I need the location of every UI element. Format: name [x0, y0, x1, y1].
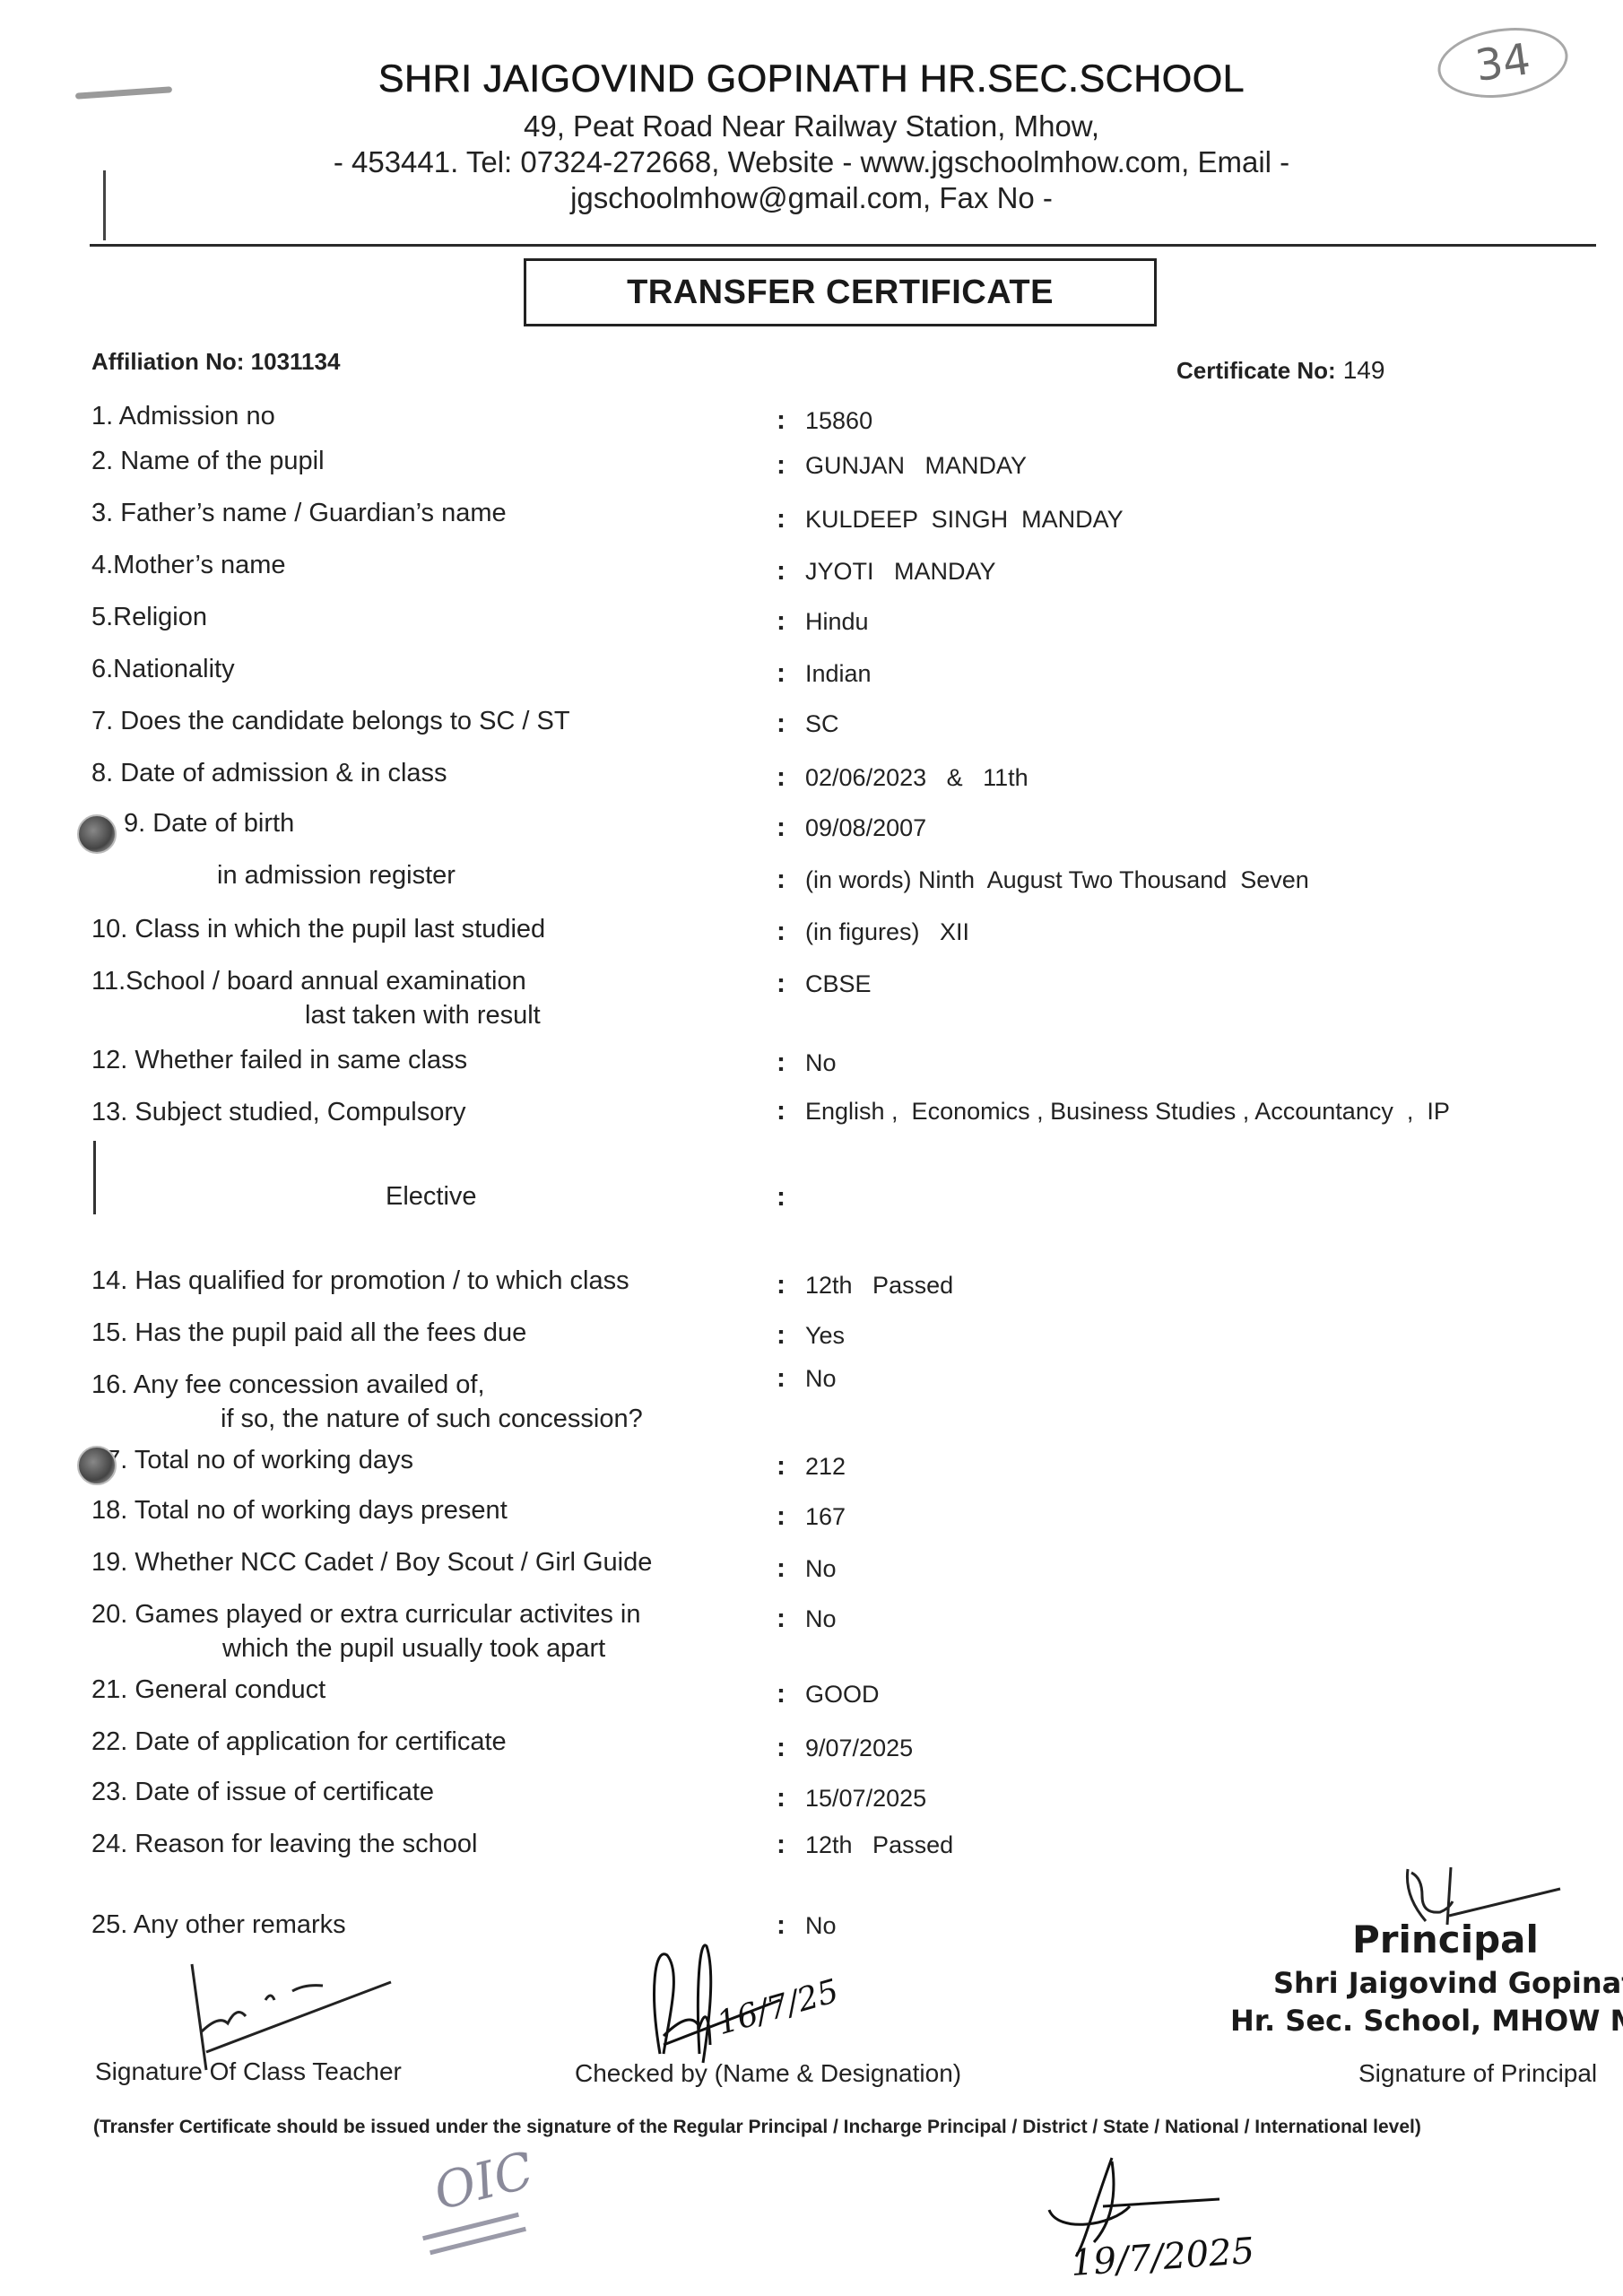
field-value: (in words) Ninth August Two Thousand Sev…	[805, 866, 1309, 894]
field-label: in admission register	[217, 861, 456, 891]
field-value: 212	[805, 1453, 846, 1481]
field-value: 12th Passed	[805, 1272, 953, 1300]
field-label: 25. Any other remarks	[91, 1910, 346, 1940]
punch-hole	[77, 1446, 117, 1485]
field-separator: :	[777, 1096, 785, 1126]
school-address-line2: - 453441. Tel: 07324-272668, Website - w…	[0, 145, 1623, 179]
field-value: 15860	[805, 407, 872, 435]
field-value: 167	[805, 1503, 846, 1531]
field-separator: :	[777, 709, 785, 739]
field-label: 18. Total no of working days present	[91, 1496, 508, 1526]
field-separator: :	[777, 1182, 785, 1213]
field-separator: :	[777, 1363, 785, 1394]
field-label-continued: which the pupil usually took apart	[222, 1634, 605, 1664]
field-label: 17. Total no of working days	[91, 1446, 413, 1475]
affiliation-label: Affiliation No:	[91, 348, 244, 375]
field-separator: :	[777, 917, 785, 947]
field-value: No	[805, 1049, 837, 1077]
field-label: 4.Mother’s name	[91, 551, 286, 580]
field-separator: :	[777, 1501, 785, 1532]
field-label: 8. Date of admission & in class	[91, 759, 447, 788]
field-separator: :	[777, 969, 785, 999]
field-separator: :	[777, 1733, 785, 1763]
field-label: 6.Nationality	[91, 655, 235, 684]
field-separator: :	[777, 1679, 785, 1709]
field-value: 15/07/2025	[805, 1785, 926, 1813]
header-divider	[90, 244, 1596, 247]
field-separator: :	[777, 606, 785, 637]
checked-by-label: Checked by (Name & Designation)	[575, 2059, 961, 2088]
field-label: 19. Whether NCC Cadet / Boy Scout / Girl…	[91, 1548, 652, 1578]
field-value: Yes	[805, 1322, 845, 1350]
oic-pencil-note: OIC	[429, 2142, 539, 2222]
school-name: SHRI JAIGOVIND GOPINATH HR.SEC.SCHOOL	[0, 57, 1623, 101]
field-label: 2. Name of the pupil	[91, 447, 325, 476]
field-value: (in figures) XII	[805, 918, 969, 946]
field-value: 12th Passed	[805, 1831, 953, 1859]
field-label: 24. Reason for leaving the school	[91, 1830, 477, 1859]
field-separator: :	[777, 1048, 785, 1078]
school-address-line1: 49, Peat Road Near Railway Station, Mhow…	[0, 109, 1623, 143]
footnote: (Transfer Certificate should be issued u…	[93, 2117, 1421, 2138]
field-label: 15. Has the pupil paid all the fees due	[91, 1318, 526, 1348]
field-separator: :	[777, 1553, 785, 1584]
field-value: 09/08/2007	[805, 814, 926, 842]
field-separator: :	[777, 504, 785, 535]
field-separator: :	[777, 762, 785, 793]
field-value: No	[805, 1555, 837, 1583]
field-value: 02/06/2023 & 11th	[805, 764, 1028, 792]
field-value: No	[805, 1605, 837, 1633]
field-label: 10. Class in which the pupil last studie…	[91, 915, 545, 944]
affiliation-value: 1031134	[251, 348, 341, 375]
margin-bracket	[93, 1141, 96, 1214]
field-label: 14. Has qualified for promotion / to whi…	[91, 1266, 629, 1296]
field-value: 9/07/2025	[805, 1735, 913, 1762]
field-value: SC	[805, 710, 839, 738]
field-label: 12. Whether failed in same class	[91, 1046, 467, 1075]
field-separator: :	[777, 658, 785, 689]
field-value: GUNJAN MANDAY	[805, 452, 1027, 480]
punch-hole	[77, 814, 117, 854]
principal-stamp-line1: Shri Jaigovind Gopinath	[1273, 1966, 1623, 2000]
field-label: 5.Religion	[91, 603, 207, 632]
field-separator: :	[777, 1783, 785, 1813]
field-label: Elective	[386, 1182, 477, 1212]
field-value: KULDEEP SINGH MANDAY	[805, 506, 1124, 534]
field-value: GOOD	[805, 1681, 880, 1709]
field-separator: :	[777, 865, 785, 895]
principal-stamp-line2: Hr. Sec. School, MHOW M.P	[1230, 2004, 1623, 2038]
field-value: No	[805, 1365, 837, 1393]
field-label: 11.School / board annual examination	[91, 967, 526, 996]
affiliation-number: Affiliation No: 1031134	[91, 348, 340, 376]
principal-signature-label: Signature of Principal	[1358, 2059, 1597, 2088]
field-separator: :	[777, 1270, 785, 1300]
field-label-continued: if so, the nature of such concession?	[221, 1405, 643, 1434]
field-separator: :	[777, 1320, 785, 1351]
field-value: English , Economics , Business Studies ,…	[805, 1098, 1450, 1126]
certificate-number: Certificate No:149	[1176, 356, 1384, 385]
field-label: 16. Any fee concession availed of,	[91, 1370, 485, 1400]
field-separator: :	[777, 450, 785, 481]
field-label: 1. Admission no	[91, 402, 275, 431]
school-address-line3: jgschoolmhow@gmail.com, Fax No -	[0, 181, 1623, 215]
field-value: Hindu	[805, 608, 869, 636]
field-separator: :	[777, 813, 785, 843]
field-label: 20. Games played or extra curricular act…	[91, 1600, 640, 1630]
field-separator: :	[777, 1830, 785, 1860]
field-value: No	[805, 1912, 837, 1940]
field-value: JYOTI MANDAY	[805, 558, 996, 586]
field-separator: :	[777, 405, 785, 436]
field-label: 3. Father’s name / Guardian’s name	[91, 499, 507, 528]
certificate-label: Certificate No:	[1176, 357, 1336, 384]
class-teacher-label: Signature Of Class Teacher	[95, 2057, 402, 2086]
field-separator: :	[777, 556, 785, 587]
field-separator: :	[777, 1604, 785, 1634]
field-separator: :	[777, 1451, 785, 1482]
field-label-continued: last taken with result	[305, 1001, 541, 1031]
principal-stamp-title: Principal	[1352, 1918, 1539, 1961]
document-title-box: TRANSFER CERTIFICATE	[524, 258, 1157, 326]
field-label: 13. Subject studied, Compulsory	[91, 1098, 466, 1127]
field-label: 7. Does the candidate belongs to SC / ST	[91, 707, 570, 736]
field-label: 23. Date of issue of certificate	[91, 1778, 434, 1807]
field-value: CBSE	[805, 970, 872, 998]
field-label: 9. Date of birth	[124, 809, 294, 839]
certificate-value: 149	[1343, 356, 1385, 384]
document-title: TRANSFER CERTIFICATE	[627, 274, 1054, 312]
field-separator: :	[777, 1910, 785, 1941]
field-label: 22. Date of application for certificate	[91, 1727, 507, 1757]
field-value: Indian	[805, 660, 872, 688]
field-label: 21. General conduct	[91, 1675, 325, 1705]
